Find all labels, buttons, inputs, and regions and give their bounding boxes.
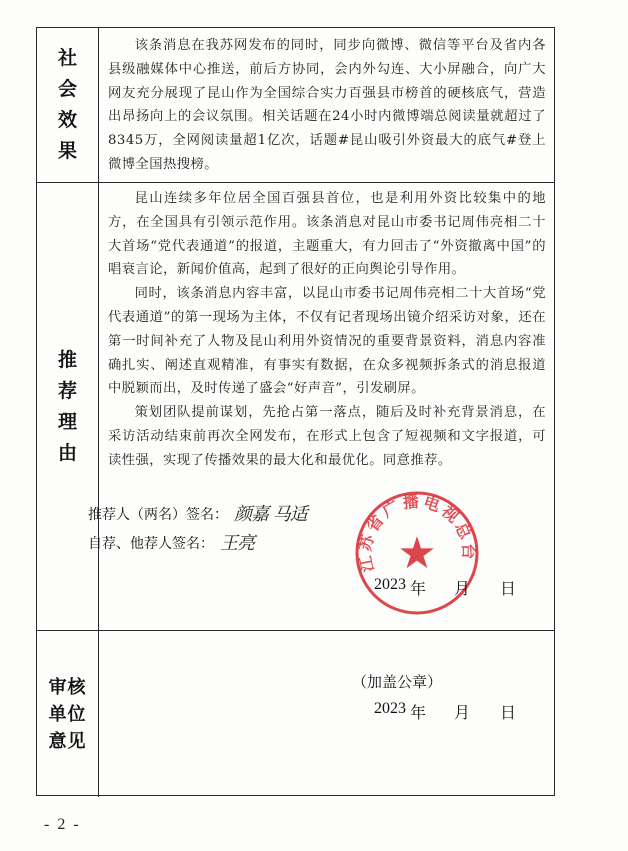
self-other-label: 自荐、他荐人签名： <box>88 530 214 558</box>
page-number: - 2 - <box>44 816 81 834</box>
label-cell-recommendation-reason: 推荐理由 <box>37 183 99 630</box>
recommendation-date-year: 2023 <box>374 576 406 599</box>
recommenders-signature: 颜嘉 马适 <box>234 501 307 529</box>
recommenders-label: 推荐人（两名）签名： <box>88 501 228 529</box>
row-recommendation-reason: 推荐理由 昆山连续多年位居全国百强县首位，也是利用外资比较集中的地方，在全国具有… <box>37 183 554 631</box>
reason-paragraph-2: 同时，该条消息内容丰富，以昆山市委书记周伟亮相二十大首场“党代表通道”的第一现场… <box>108 282 546 401</box>
content-cell-recommendation-reason: 昆山连续多年位居全国百强县首位，也是利用外资比较集中的地方，在全国具有引领示范作… <box>99 183 554 630</box>
label-review-opinion: 审核单位意见 <box>47 674 89 755</box>
label-recommendation-reason: 推荐理由 <box>57 345 79 469</box>
reason-paragraph-1: 昆山连续多年位居全国百强县首位，也是利用外资比较集中的地方，在全国具有引领示范作… <box>108 187 546 282</box>
recommendation-form-table: 社会效果 该条消息在我苏网发布的同时，同步向微博、微信等平台及省内各县级融媒体中… <box>36 27 555 796</box>
review-date-month-unit: 月 <box>454 700 470 723</box>
content-cell-social-effect: 该条消息在我苏网发布的同时，同步向微博、微信等平台及省内各县级融媒体中心推送，前… <box>99 28 554 182</box>
review-date-year: 2023 <box>374 700 406 723</box>
signature-block: 推荐人（两名）签名： 颜嘉 马适 自荐、他荐人签名： 王亮 <box>88 500 307 558</box>
recommendation-date-day-unit: 日 <box>500 576 516 599</box>
official-stamp-note: （加盖公章） <box>352 671 442 692</box>
row-social-effect: 社会效果 该条消息在我苏网发布的同时，同步向微博、微信等平台及省内各县级融媒体中… <box>37 28 554 183</box>
self-other-signature: 王亮 <box>220 530 254 558</box>
review-date: 2023 年 月 日 <box>374 700 516 723</box>
recommenders-signature-line: 推荐人（两名）签名： 颜嘉 马适 <box>88 500 307 529</box>
recommendation-date-month-unit: 月 <box>454 576 470 599</box>
self-other-signature-line: 自荐、他荐人签名： 王亮 <box>88 529 307 558</box>
review-date-day-unit: 日 <box>500 700 516 723</box>
stamp-note-text: （加盖公章） <box>352 671 442 692</box>
label-cell-social-effect: 社会效果 <box>37 28 99 182</box>
recommendation-date: 2023 年 月 日 <box>374 576 516 599</box>
review-date-year-unit: 年 <box>410 700 426 723</box>
label-cell-review-opinion: 审核单位意见 <box>37 631 99 797</box>
reason-paragraph-3: 策划团队提前谋划，先抢占第一落点，随后及时补充背景消息，在采访活动结束前再次全网… <box>108 401 546 472</box>
recommendation-date-year-unit: 年 <box>410 576 426 599</box>
social-effect-paragraph: 该条消息在我苏网发布的同时，同步向微博、微信等平台及省内各县级融媒体中心推送，前… <box>108 34 546 177</box>
label-social-effect: 社会效果 <box>57 43 79 167</box>
